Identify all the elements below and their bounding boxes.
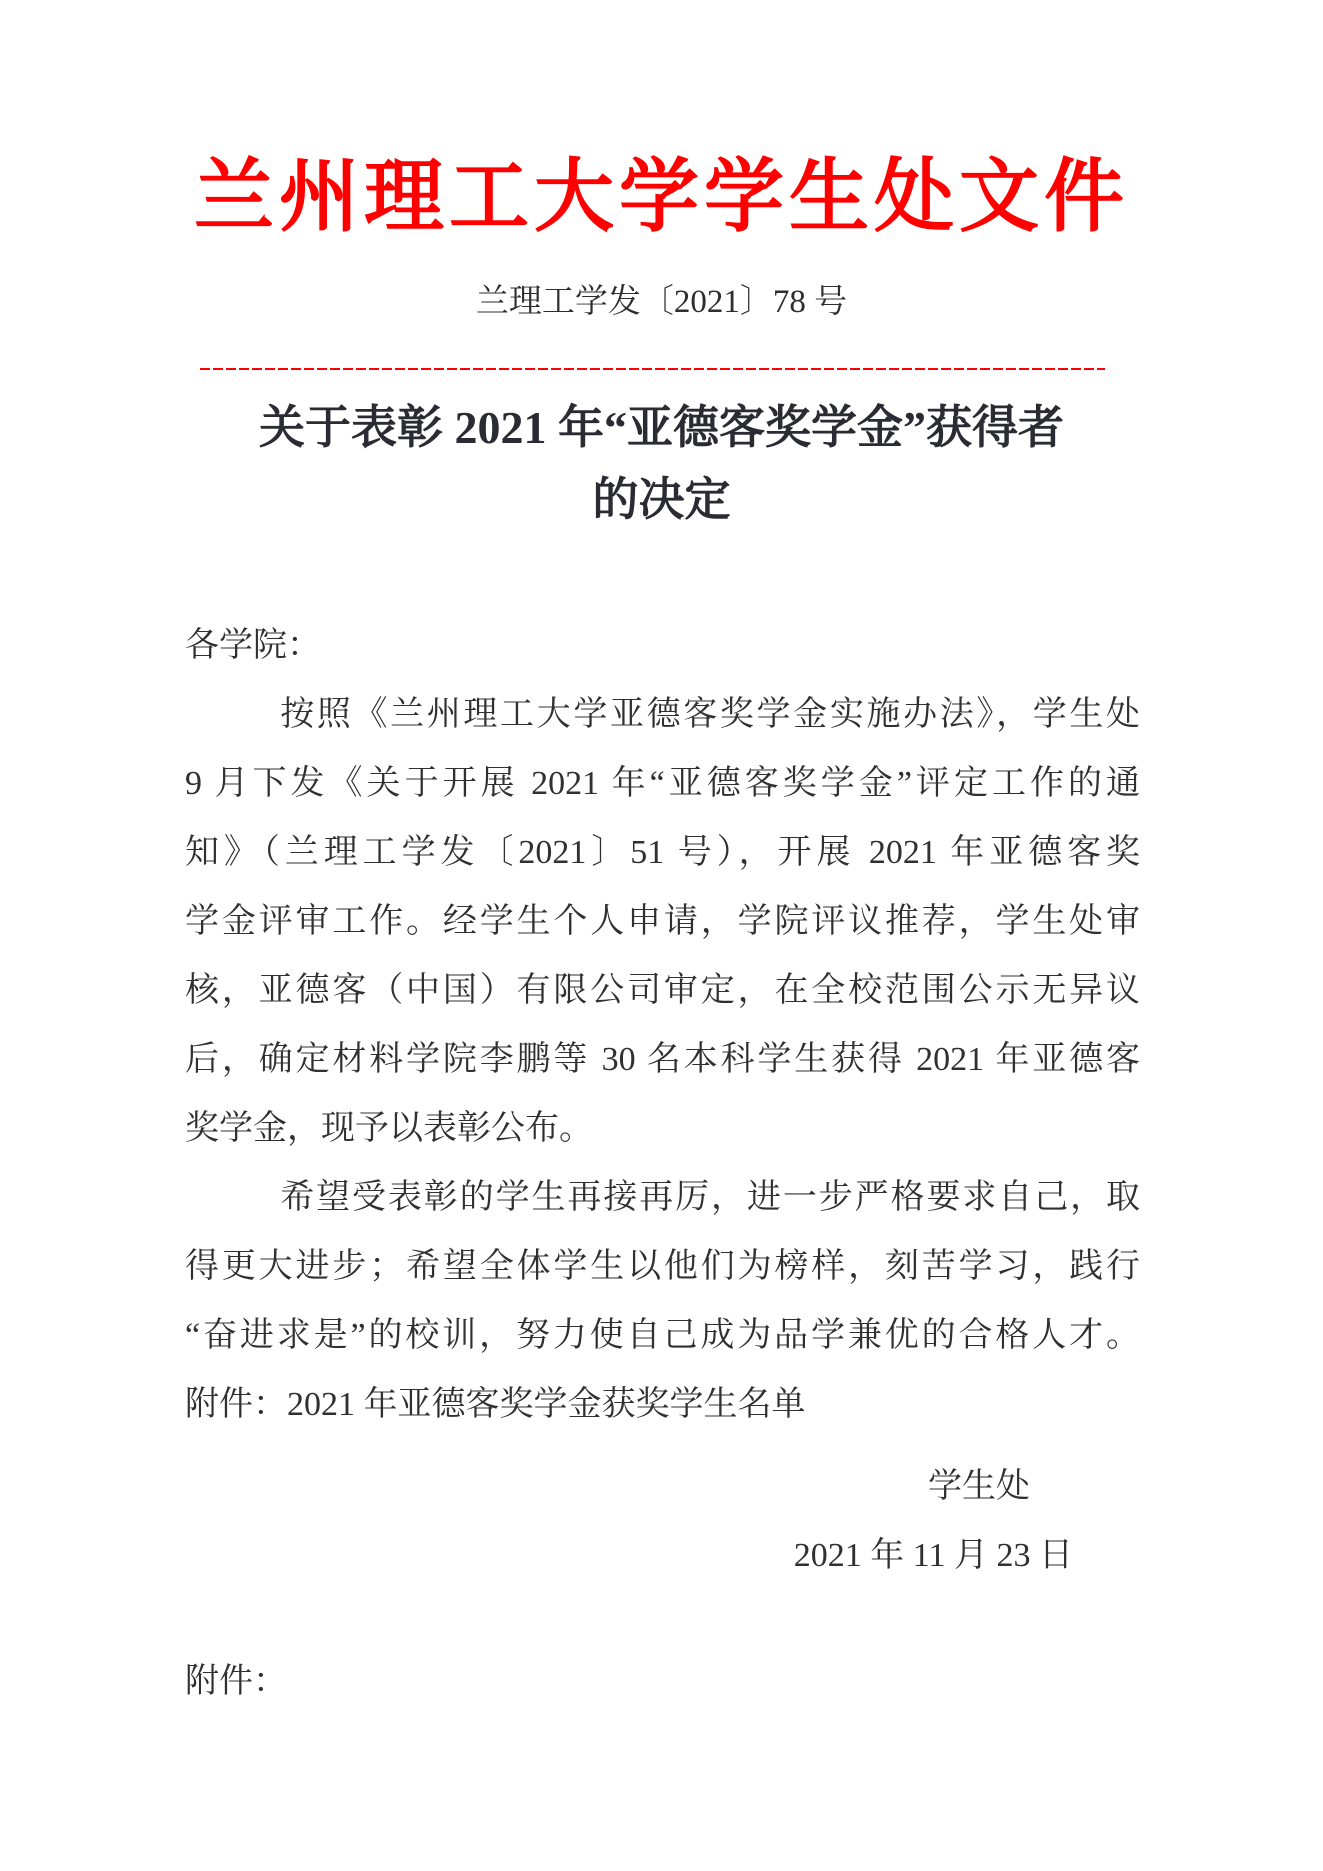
document-title-line1: 关于表彰 2021 年“亚德客奖学金”获得者 [90,392,1233,464]
attachment-reference-line: 附件：2021 年亚德客奖学金获奖学生名单 [185,1370,1140,1439]
masthead-title: 兰州理工大学学生处文件 [0,150,1323,246]
salutation-line: 各学院： [185,611,1140,680]
attachment-section-label: 附件： [185,1647,1323,1716]
body-line: 核，亚德客（中国）有限公司审定，在全校范围公示无异议 [185,956,1140,1025]
document-body: 各学院： 按照《兰州理工大学亚德客奖学金实施办法》，学生处 9 月下发《关于开展… [185,611,1140,1439]
body-line: 知》（兰理工学发〔2021〕51 号），开展 2021 年亚德客奖 [185,818,1140,887]
document-title: 关于表彰 2021 年“亚德客奖学金”获得者 的决定 [90,392,1233,536]
signature-date: 2021 年 11 月 23 日 [0,1521,1323,1590]
body-line: 学金评审工作。经学生个人申请，学院评议推荐，学生处审 [185,887,1140,956]
body-line: 希望受表彰的学生再接再厉，进一步严格要求自己，取 [185,1163,1140,1232]
body-line: “奋进求是”的校训，努力使自己成为品学兼优的合格人才。 [185,1301,1140,1370]
document-page: 兰州理工大学学生处文件 兰理工学发〔2021〕78 号 关于表彰 2021 年“… [0,0,1323,1871]
body-line: 后，确定材料学院李鹏等 30 名本科学生获得 2021 年亚德客 [185,1025,1140,1094]
document-title-line2: 的决定 [90,464,1233,536]
body-line: 9 月下发《关于开展 2021 年“亚德客奖学金”评定工作的通 [185,749,1140,818]
signature-department: 学生处 [0,1452,1323,1521]
body-line: 得更大进步；希望全体学生以他们为榜样，刻苦学习，践行 [185,1232,1140,1301]
body-line: 按照《兰州理工大学亚德客奖学金实施办法》，学生处 [185,680,1140,749]
signature-block: 学生处 2021 年 11 月 23 日 [0,1452,1323,1590]
body-line: 奖学金，现予以表彰公布。 [185,1094,1140,1163]
red-dashed-separator [200,368,1105,370]
document-number: 兰理工学发〔2021〕78 号 [0,280,1323,324]
